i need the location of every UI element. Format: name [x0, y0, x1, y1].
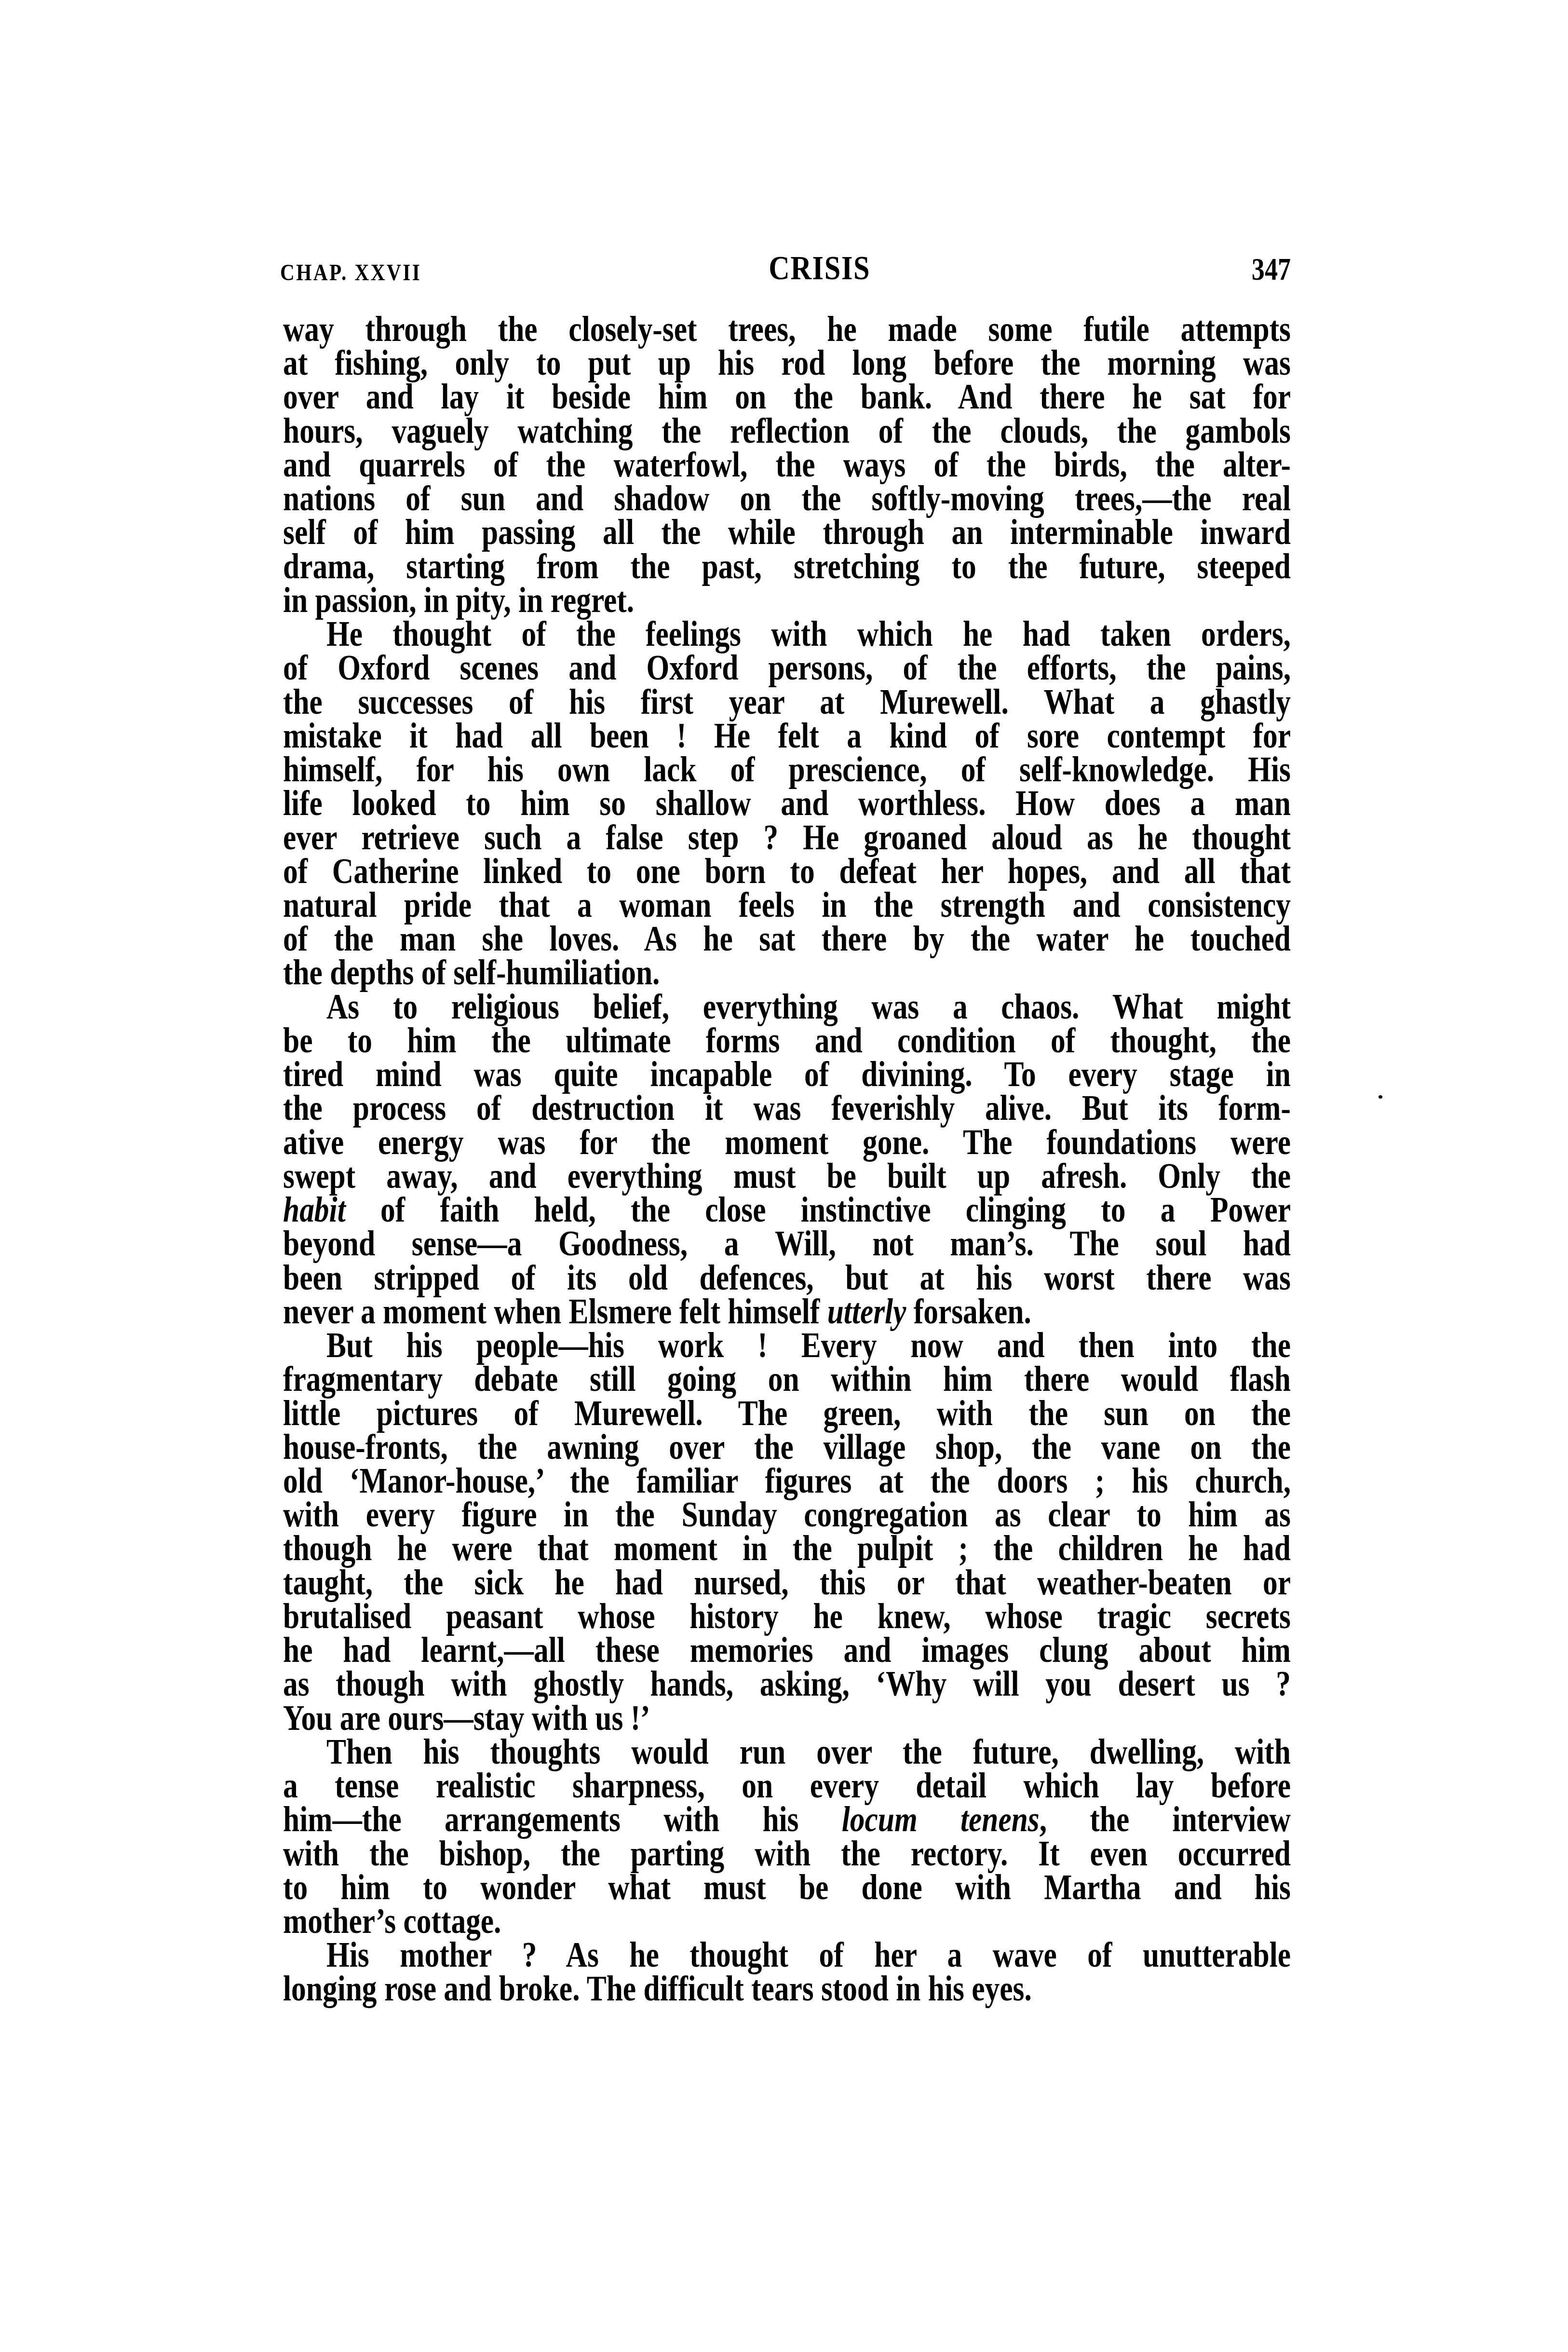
text-line-content: as though with ghostly hands, asking, ‘W… [283, 1667, 1291, 1701]
text-line-content: of Catherine linked to one born to defea… [283, 855, 1291, 888]
text-line-content: though he were that moment in the pulpit… [283, 1532, 1291, 1565]
text-line: mistake it had all been ! He felt a kind… [283, 719, 1291, 753]
text-line-content: As to religious belief, everything was a… [326, 990, 1291, 1024]
text-line-content: the depths of self-humiliation. [283, 956, 1291, 990]
chapter-title-wrap: CRISIS [283, 252, 1291, 286]
text-line-content: fragmentary debate still going on within… [283, 1362, 1291, 1396]
text-line-content: tired mind was quite incapable of divini… [283, 1058, 1291, 1091]
text-line-content: Then his thoughts would run over the fut… [326, 1735, 1291, 1769]
text-line-content: But his people—his work ! Every now and … [326, 1329, 1291, 1362]
text-line: drama, starting from the past, stretchin… [283, 550, 1291, 584]
text-segment: longing rose and broke. The difficult te… [283, 1969, 1032, 2009]
text-line: though he were that moment in the pulpit… [283, 1532, 1291, 1565]
text-line-content: mistake it had all been ! He felt a kind… [283, 719, 1291, 753]
text-line: been stripped of its old defences, but a… [283, 1261, 1291, 1295]
running-head: CHAP. XXVII CRISIS 347 [283, 251, 1291, 285]
text-line: in passion, in pity, in regret. [283, 584, 1291, 617]
text-line-content: of Oxford scenes and Oxford persons, of … [283, 651, 1291, 685]
text-line-content: brutalised peasant whose history he knew… [283, 1600, 1291, 1633]
text-line-content: beyond sense—a Goodness, a Will, not man… [283, 1227, 1291, 1261]
text-line-content: old ‘Manor-house,’ the familiar figures … [283, 1464, 1291, 1498]
text-line: the process of destruction it was feveri… [283, 1091, 1291, 1125]
text-line-content: never a moment when Elsmere felt himself… [283, 1295, 1291, 1329]
text-line: never a moment when Elsmere felt himself… [283, 1295, 1291, 1329]
text-line-content: him—the arrangements with his locum tene… [283, 1803, 1291, 1836]
text-line-content: to him to wonder what must be done with … [283, 1871, 1291, 1904]
text-line: over and lay it beside him on the bank. … [283, 380, 1291, 414]
text-line-content: with the bishop, the parting with the re… [283, 1837, 1291, 1871]
book-page: CHAP. XXVII CRISIS 347 way through the c… [0, 0, 1568, 2352]
text-line: taught, the sick he had nursed, this or … [283, 1566, 1291, 1600]
text-line-content: he had learnt,—all these memories and im… [283, 1633, 1291, 1667]
text-line: at fishing, only to put up his rod long … [283, 346, 1291, 380]
text-line-content: be to him the ultimate forms and conditi… [283, 1024, 1291, 1058]
text-line-content: taught, the sick he had nursed, this or … [283, 1566, 1291, 1600]
text-line: ative energy was for the moment gone. Th… [283, 1126, 1291, 1159]
text-line-content: ative energy was for the moment gone. Th… [283, 1126, 1291, 1159]
text-line-content: way through the closely-set trees, he ma… [283, 313, 1291, 346]
text-line: nations of sun and shadow on the softly-… [283, 482, 1291, 516]
text-line: tired mind was quite incapable of divini… [283, 1058, 1291, 1091]
text-line-content: house-fronts, the awning over the villag… [283, 1430, 1291, 1464]
text-line: You are ours—stay with us !’ [283, 1701, 1291, 1735]
text-line: of Catherine linked to one born to defea… [283, 855, 1291, 888]
text-line-content: habit of faith held, the close instincti… [283, 1193, 1291, 1227]
text-line-content: over and lay it beside him on the bank. … [283, 380, 1291, 414]
text-line: the successes of his first year at Murew… [283, 685, 1291, 719]
text-line: As to religious belief, everything was a… [283, 990, 1291, 1024]
text-line: He thought of the feelings with which he… [283, 617, 1291, 651]
text-line: a tense realistic sharpness, on every de… [283, 1769, 1291, 1803]
text-line: old ‘Manor-house,’ the familiar figures … [283, 1464, 1291, 1498]
chapter-title: CRISIS [769, 252, 870, 286]
text-line: brutalised peasant whose history he knew… [283, 1600, 1291, 1633]
text-line: as though with ghostly hands, asking, ‘W… [283, 1667, 1291, 1701]
text-line: beyond sense—a Goodness, a Will, not man… [283, 1227, 1291, 1261]
text-line: of the man she loves. As he sat there by… [283, 922, 1291, 956]
text-line: little pictures of Murewell. The green, … [283, 1397, 1291, 1430]
text-line-content: hours, vaguely watching the reflection o… [283, 414, 1291, 448]
text-line-content: His mother ? As he thought of her a wave… [326, 1938, 1291, 1972]
text-line: of Oxford scenes and Oxford persons, of … [283, 651, 1291, 685]
text-line-content: You are ours—stay with us !’ [283, 1701, 1291, 1735]
text-line: the depths of self-humiliation. [283, 956, 1291, 990]
text-line-content: swept away, and everything must be built… [283, 1159, 1291, 1193]
text-line: But his people—his work ! Every now and … [283, 1329, 1291, 1362]
text-line-content: the successes of his first year at Murew… [283, 685, 1291, 719]
text-line-content: in passion, in pity, in regret. [283, 584, 1291, 617]
text-line-content: a tense realistic sharpness, on every de… [283, 1769, 1291, 1803]
text-line: him—the arrangements with his locum tene… [283, 1803, 1291, 1836]
text-line-content: drama, starting from the past, stretchin… [283, 550, 1291, 584]
text-line: to him to wonder what must be done with … [283, 1871, 1291, 1904]
text-line: way through the closely-set trees, he ma… [283, 313, 1291, 346]
text-line: with the bishop, the parting with the re… [283, 1837, 1291, 1871]
text-line: with every figure in the Sunday congrega… [283, 1498, 1291, 1532]
text-line-content: and quarrels of the waterfowl, the ways … [283, 448, 1291, 482]
page-number: 347 [1252, 254, 1291, 286]
text-line: longing rose and broke. The difficult te… [283, 1972, 1291, 2006]
text-line: hours, vaguely watching the reflection o… [283, 414, 1291, 448]
text-line: house-fronts, the awning over the villag… [283, 1430, 1291, 1464]
text-line: swept away, and everything must be built… [283, 1159, 1291, 1193]
text-line: mother’s cottage. [283, 1904, 1291, 1938]
text-line: be to him the ultimate forms and conditi… [283, 1024, 1291, 1058]
text-line-content: ever retrieve such a false step ? He gro… [283, 821, 1291, 855]
text-line-content: at fishing, only to put up his rod long … [283, 346, 1291, 380]
text-line: Then his thoughts would run over the fut… [283, 1735, 1291, 1769]
text-line-content: the process of destruction it was feveri… [283, 1091, 1291, 1125]
text-line: natural pride that a woman feels in the … [283, 888, 1291, 922]
text-line-content: with every figure in the Sunday congrega… [283, 1498, 1291, 1532]
text-line: he had learnt,—all these memories and im… [283, 1633, 1291, 1667]
text-line: habit of faith held, the close instincti… [283, 1193, 1291, 1227]
text-line-content: nations of sun and shadow on the softly-… [283, 482, 1291, 516]
print-speck [1379, 1095, 1382, 1099]
text-line-content: He thought of the feelings with which he… [326, 617, 1291, 651]
text-line: fragmentary debate still going on within… [283, 1362, 1291, 1396]
text-line-content: been stripped of its old defences, but a… [283, 1261, 1291, 1295]
text-line: and quarrels of the waterfowl, the ways … [283, 448, 1291, 482]
text-line-content: self of him passing all the while throug… [283, 516, 1291, 549]
body-text: way through the closely-set trees, he ma… [283, 313, 1291, 2006]
text-line: himself, for his own lack of prescience,… [283, 753, 1291, 787]
text-line-content: longing rose and broke. The difficult te… [283, 1972, 1291, 2006]
text-line: self of him passing all the while throug… [283, 516, 1291, 549]
text-line-content: natural pride that a woman feels in the … [283, 888, 1291, 922]
text-line-content: life looked to him so shallow and worthl… [283, 787, 1291, 820]
text-line-content: himself, for his own lack of prescience,… [283, 753, 1291, 787]
text-line-content: little pictures of Murewell. The green, … [283, 1397, 1291, 1430]
text-line-content: of the man she loves. As he sat there by… [283, 922, 1291, 956]
text-line: ever retrieve such a false step ? He gro… [283, 821, 1291, 855]
text-line: life looked to him so shallow and worthl… [283, 787, 1291, 820]
text-line: His mother ? As he thought of her a wave… [283, 1938, 1291, 1972]
text-line-content: mother’s cottage. [283, 1904, 1291, 1938]
